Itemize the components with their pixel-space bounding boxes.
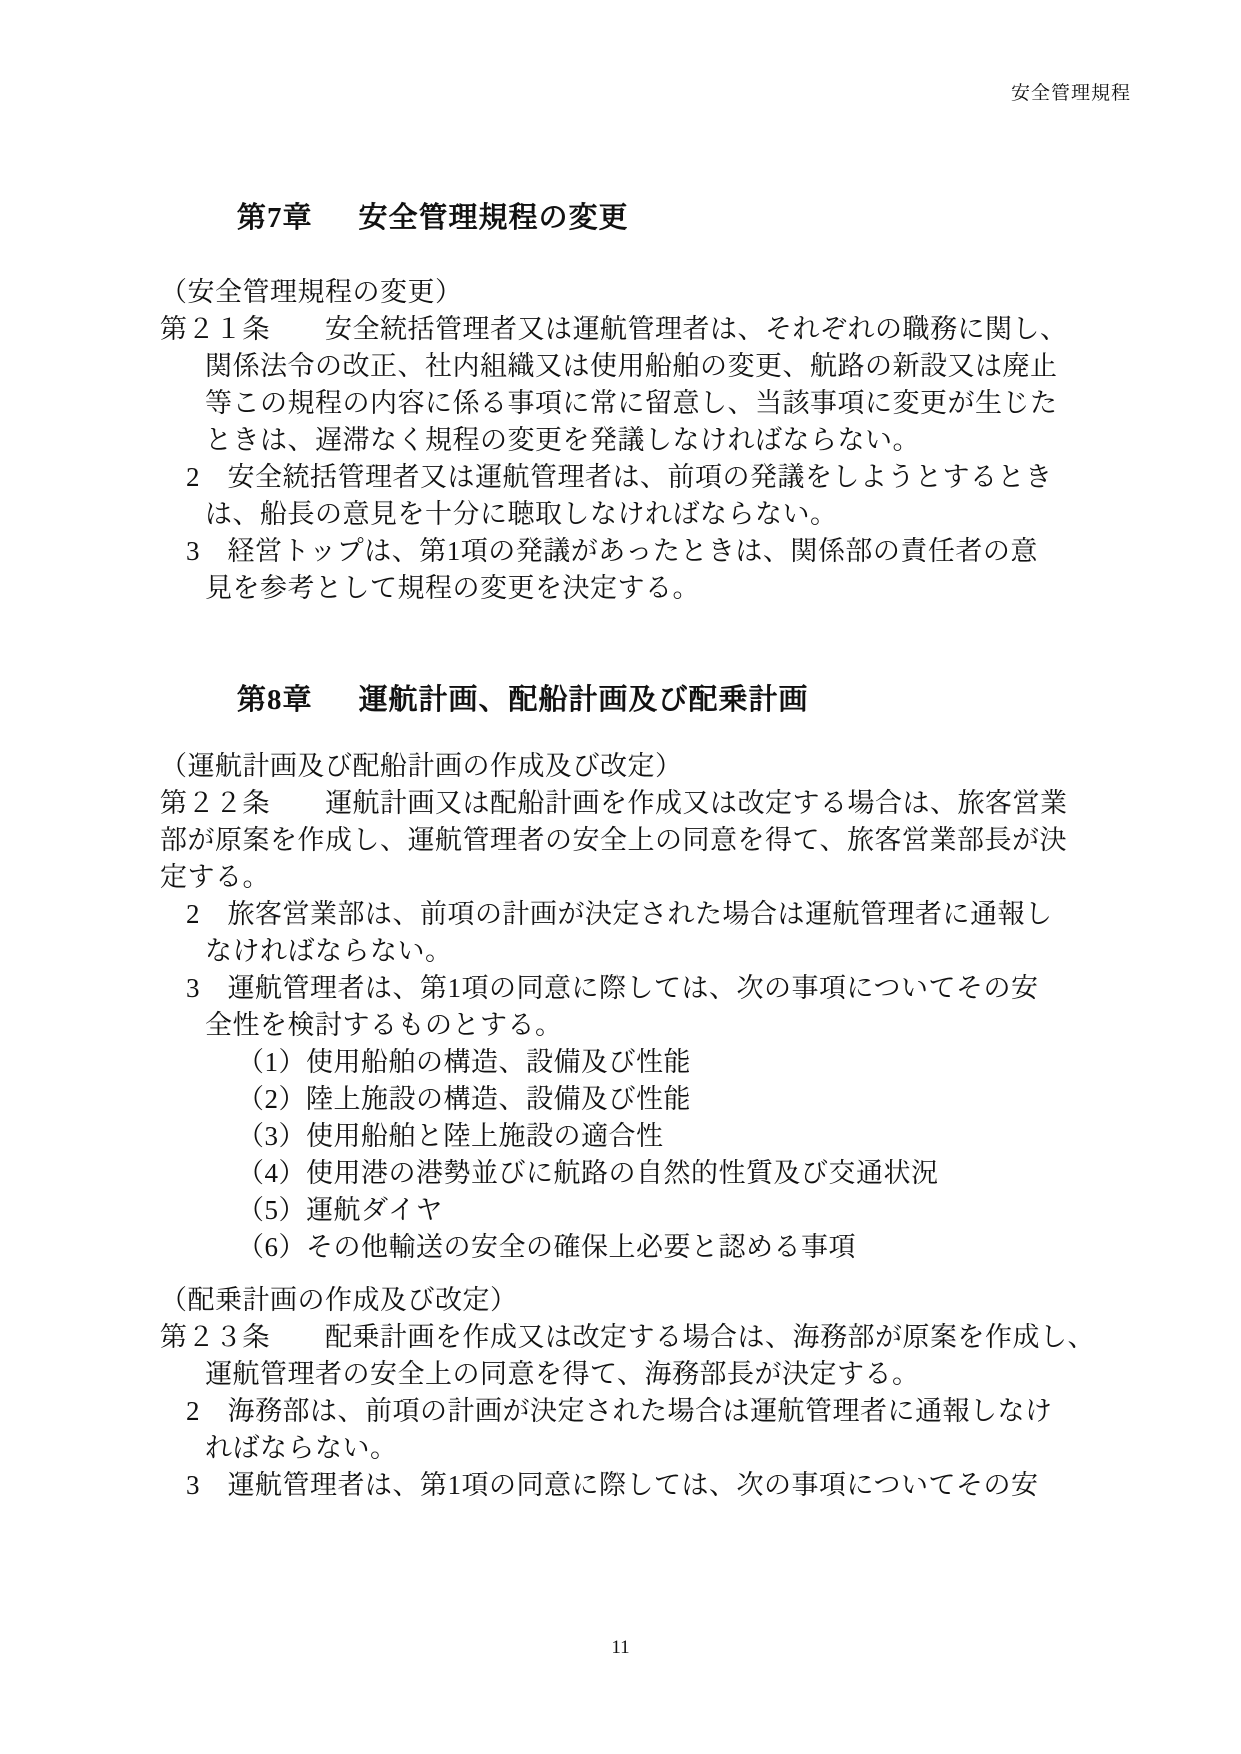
list-item-line: （6）その他輸送の安全の確保上必要と認める事項 — [237, 1229, 1131, 1266]
page-number: 11 — [0, 1637, 1241, 1659]
text-line: 見を参考として規程の変更を決定する。 — [205, 570, 1131, 607]
document-page: 安全管理規程 第7章安全管理規程の変更 （安全管理規程の変更） 第２１条 安全統… — [0, 0, 1241, 1754]
list-item-line: （5）運航ダイヤ — [237, 1192, 1131, 1229]
text-line: 運航管理者の安全上の同意を得て、海務部長が決定する。 — [205, 1356, 1131, 1393]
text-line: 2 旅客営業部は、前項の計画が決定された場合は運航管理者に通報し — [186, 896, 1131, 933]
text-line: （運航計画及び配船計画の作成及び改定） — [160, 748, 1131, 785]
list-item-line: （2）陸上施設の構造、設備及び性能 — [237, 1081, 1131, 1118]
list-item-line: （1）使用船舶の構造、設備及び性能 — [237, 1044, 1131, 1081]
page-content: 安全管理規程 第7章安全管理規程の変更 （安全管理規程の変更） 第２１条 安全統… — [0, 0, 1241, 1504]
text-line: ときは、遅滞なく規程の変更を発議しなければならない。 — [205, 422, 1131, 459]
chapter-8-body-article-23: （配乗計画の作成及び改定） 第２３条 配乗計画を作成又は改定する場合は、海務部が… — [160, 1282, 1131, 1504]
text-line: ればならない。 — [205, 1430, 1131, 1467]
text-line: 第２２条 運航計画又は配船計画を作成又は改定する場合は、旅客営業 — [160, 785, 1131, 822]
chapter-7-title: 安全管理規程の変更 — [359, 202, 629, 234]
header-doc-title: 安全管理規程 — [160, 0, 1131, 105]
text-line: 第２３条 配乗計画を作成又は改定する場合は、海務部が原案を作成し、 — [160, 1319, 1131, 1356]
chapter-7-heading: 第7章安全管理規程の変更 — [237, 195, 1131, 236]
text-line: 3 経営トップは、第1項の発議があったときは、関係部の責任者の意 — [186, 533, 1131, 570]
chapter-8-heading: 第8章運航計画、配船計画及び配乗計画 — [237, 677, 1131, 718]
text-line: 等この規程の内容に係る事項に常に留意し、当該事項に変更が生じた — [205, 385, 1131, 422]
chapter-7-body: （安全管理規程の変更） 第２１条 安全統括管理者又は運航管理者は、それぞれの職務… — [160, 274, 1131, 607]
text-line: は、船長の意見を十分に聴取しなければならない。 — [205, 496, 1131, 533]
text-line: 第２１条 安全統括管理者又は運航管理者は、それぞれの職務に関し、 — [160, 311, 1131, 348]
text-line: 部が原案を作成し、運航管理者の安全上の同意を得て、旅客営業部長が決 — [160, 822, 1131, 859]
list-item-line: （4）使用港の港勢並びに航路の自然的性質及び交通状況 — [237, 1155, 1131, 1192]
text-line: 3 運航管理者は、第1項の同意に際しては、次の事項についてその安 — [186, 1467, 1131, 1504]
text-line: （安全管理規程の変更） — [160, 274, 1131, 311]
text-line: 3 運航管理者は、第1項の同意に際しては、次の事項についてその安 — [186, 970, 1131, 1007]
text-line: 2 海務部は、前項の計画が決定された場合は運航管理者に通報しなけ — [186, 1393, 1131, 1430]
chapter-8-body: （運航計画及び配船計画の作成及び改定） 第２２条 運航計画又は配船計画を作成又は… — [160, 748, 1131, 1266]
chapter-8-title: 運航計画、配船計画及び配乗計画 — [359, 684, 809, 716]
text-line: 関係法令の改正、社内組織又は使用船舶の変更、航路の新設又は廃止 — [205, 348, 1131, 385]
chapter-8-number: 第8章 — [237, 684, 313, 716]
text-line: 定する。 — [160, 859, 1131, 896]
text-line: 2 安全統括管理者又は運航管理者は、前項の発議をしようとするとき — [186, 459, 1131, 496]
text-line: なければならない。 — [205, 933, 1131, 970]
chapter-7-number: 第7章 — [237, 202, 313, 234]
text-line: （配乗計画の作成及び改定） — [160, 1282, 1131, 1319]
text-line: 全性を検討するものとする。 — [205, 1007, 1131, 1044]
list-item-line: （3）使用船舶と陸上施設の適合性 — [237, 1118, 1131, 1155]
